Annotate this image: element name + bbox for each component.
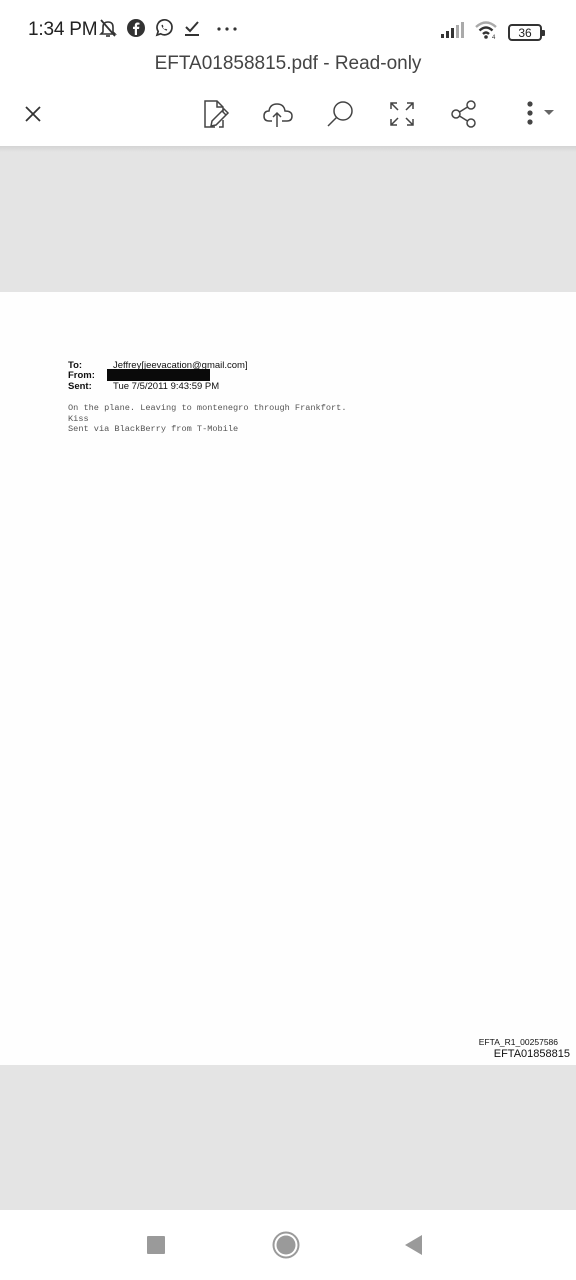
cloud-upload-icon (261, 99, 295, 129)
home-circle-icon (271, 1230, 301, 1260)
navigation-bar (0, 1210, 576, 1280)
upload-button[interactable] (258, 94, 298, 134)
more-dots-icon (216, 18, 238, 38)
edit-document-icon (201, 98, 231, 130)
battery-level: 36 (518, 26, 531, 40)
battery-icon: 36 (508, 24, 542, 41)
edit-button[interactable] (196, 94, 236, 134)
back-triangle-icon (403, 1234, 425, 1256)
bates-number-2: EFTA01858815 (494, 1048, 570, 1060)
share-button[interactable] (444, 94, 484, 134)
muted-bell-icon (98, 18, 118, 38)
email-body: On the plane. Leaving to montenegro thro… (68, 403, 346, 435)
status-bar: 1:34 PM 4 36 (0, 0, 576, 52)
notification-icons (98, 18, 238, 38)
svg-text:4: 4 (492, 35, 496, 40)
status-time: 1:34 PM (28, 19, 97, 41)
close-button[interactable] (13, 94, 53, 134)
email-sent-value: Tue 7/5/2011 9:43:59 PM (113, 381, 219, 392)
more-options-button[interactable] (514, 94, 560, 134)
wifi-icon: 4 (474, 20, 500, 45)
bates-number-1: EFTA_R1_00257586 (479, 1037, 558, 1047)
redaction-bar (107, 369, 210, 381)
email-sent-label: Sent: (68, 381, 113, 392)
home-button[interactable] (271, 1230, 301, 1260)
facebook-icon (126, 18, 146, 38)
search-icon (324, 98, 356, 130)
share-icon (449, 99, 479, 129)
back-button[interactable] (399, 1230, 429, 1260)
cellular-signal-icon (440, 21, 466, 44)
email-sent-row: Sent:Tue 7/5/2011 9:43:59 PM (68, 381, 219, 392)
toolbar (0, 86, 576, 140)
document-title: EFTA01858815.pdf - Read-only (0, 53, 576, 75)
whatsapp-icon (154, 18, 174, 38)
toolbar-shadow (0, 146, 576, 152)
system-icons: 4 36 (440, 20, 542, 45)
close-icon (22, 103, 44, 125)
download-done-icon (182, 18, 202, 38)
more-vertical-icon (517, 99, 557, 129)
expand-icon (388, 100, 416, 128)
search-button[interactable] (320, 94, 360, 134)
fullscreen-button[interactable] (382, 94, 422, 134)
recents-square-icon (146, 1235, 166, 1255)
recents-button[interactable] (141, 1230, 171, 1260)
